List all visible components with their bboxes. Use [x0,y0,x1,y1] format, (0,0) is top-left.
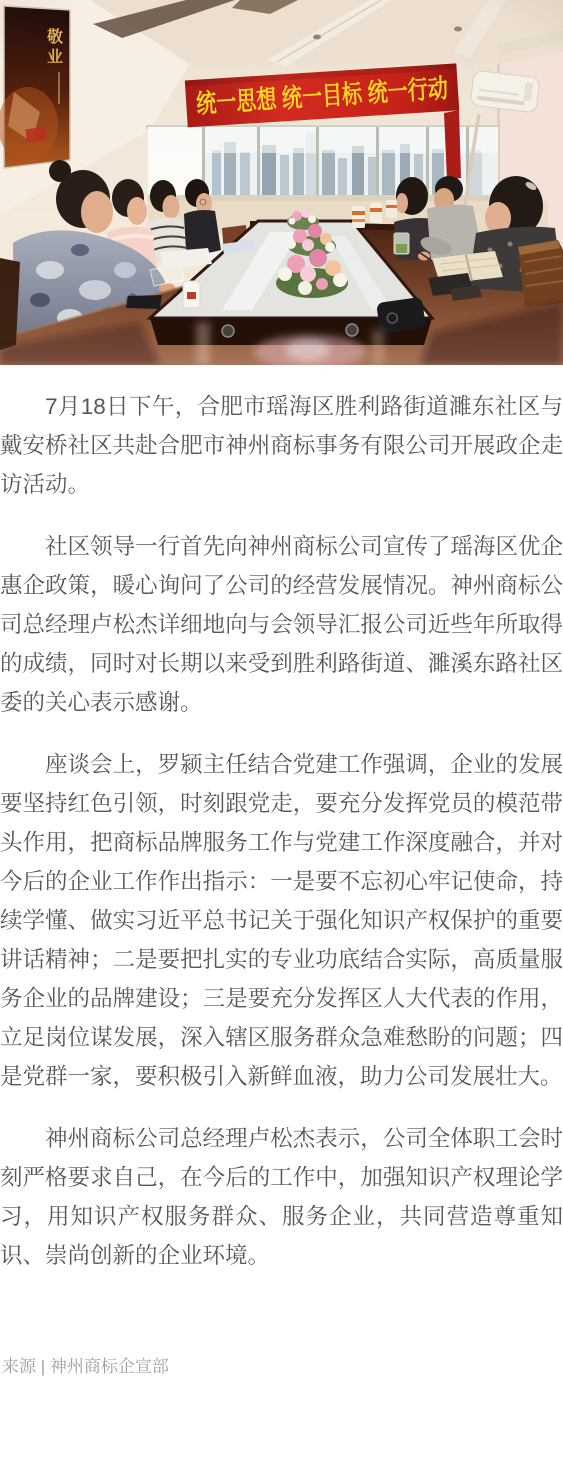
article-body: 7月18日下午，合肥市瑶海区胜利路街道濉东社区与戴安桥社区共赴合肥市神州商标事务… [0,365,563,1416]
source-line: 来源 | 神州商标企宣部 [0,1356,563,1416]
article-paragraph-4: 神州商标公司总经理卢松杰表示，公司全体职工会时刻严格要求自己，在今后的工作中，加… [0,1119,563,1275]
article-paragraph-2: 社区领导一行首先向神州商标公司宣传了瑶海区优企惠企政策，暖心询问了公司的经营发展… [0,527,563,722]
meeting-photo-canvas: 统一思想 统一目标 统一行动 敬 业 [0,0,563,365]
meeting-photo[interactable]: 统一思想 统一目标 统一行动 敬 业 [0,0,563,365]
article-page: 统一思想 统一目标 统一行动 敬 业 [0,0,563,1478]
article-paragraph-3: 座谈会上，罗颍主任结合党建工作强调，企业的发展要坚持红色引领，时刻跟党走，要充分… [0,745,563,1096]
photo-vignette [0,0,563,365]
article-paragraph-1: 7月18日下午，合肥市瑶海区胜利路街道濉东社区与戴安桥社区共赴合肥市神州商标事务… [0,387,563,504]
